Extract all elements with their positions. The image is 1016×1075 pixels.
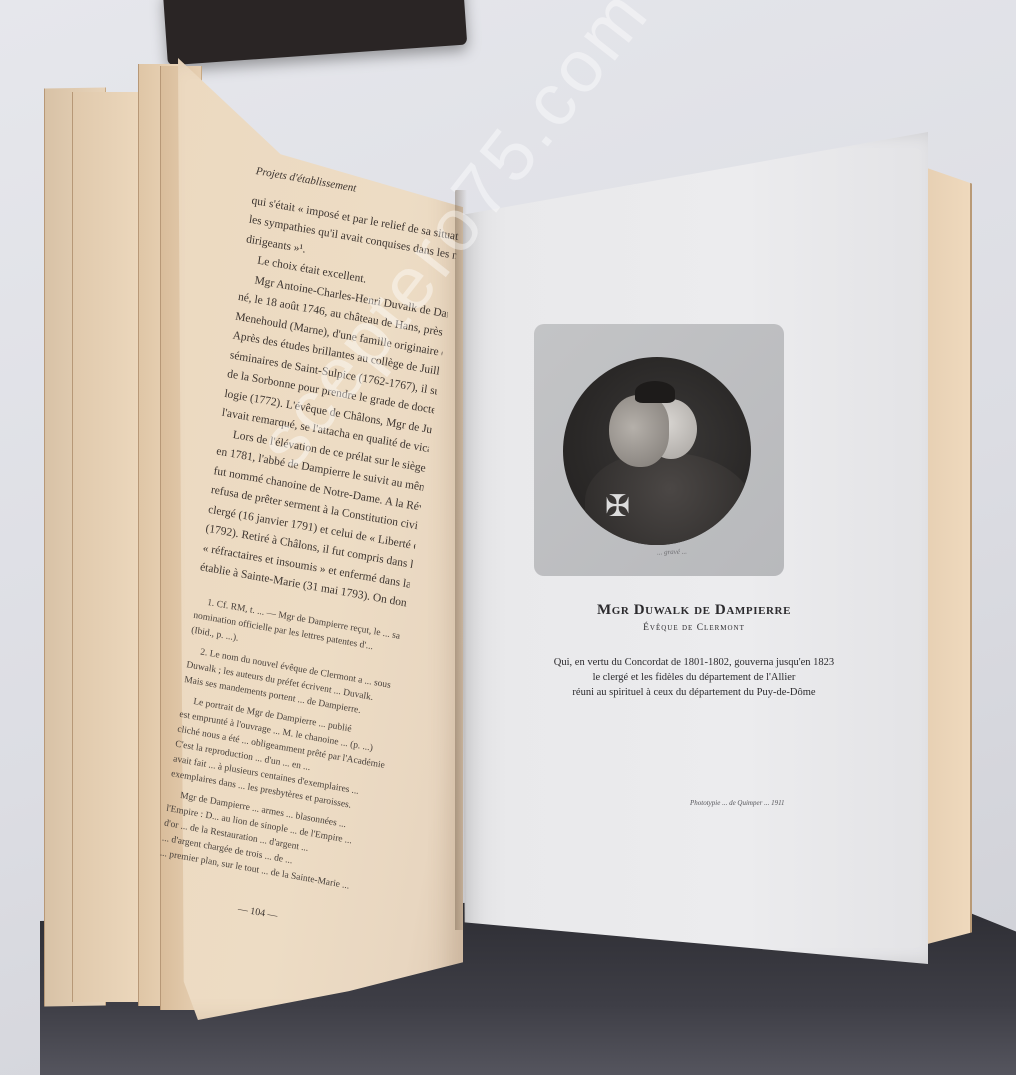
photo-credit: Phototypie ... de Quimper ... 1911 [690, 799, 840, 807]
portrait-skullcap [635, 381, 675, 403]
footnotes: 1. Cf. RM, t. ... — Mgr de Dampierre reç… [159, 593, 404, 897]
portrait-face [609, 395, 669, 467]
portrait-medallion: ✠ [563, 357, 751, 545]
pectoral-cross-icon: ✠ [605, 489, 629, 525]
book-gutter [455, 190, 467, 930]
dark-object-background [163, 0, 468, 65]
caption-line: réuni au spirituel à ceux du département… [512, 685, 876, 700]
caption-title: Mgr Duwalk de Dampierre [512, 602, 876, 619]
page-edge-stack [72, 92, 144, 1002]
portrait-caption: Mgr Duwalk de Dampierre Évêque de Clermo… [512, 602, 876, 700]
caption-line: le clergé et les fidèles du département … [512, 670, 876, 685]
caption-subtitle: Évêque de Clermont [512, 623, 876, 633]
caption-line: Qui, en vertu du Concordat de 1801-1802,… [512, 655, 876, 670]
caption-body: Qui, en vertu du Concordat de 1801-1802,… [512, 655, 876, 700]
